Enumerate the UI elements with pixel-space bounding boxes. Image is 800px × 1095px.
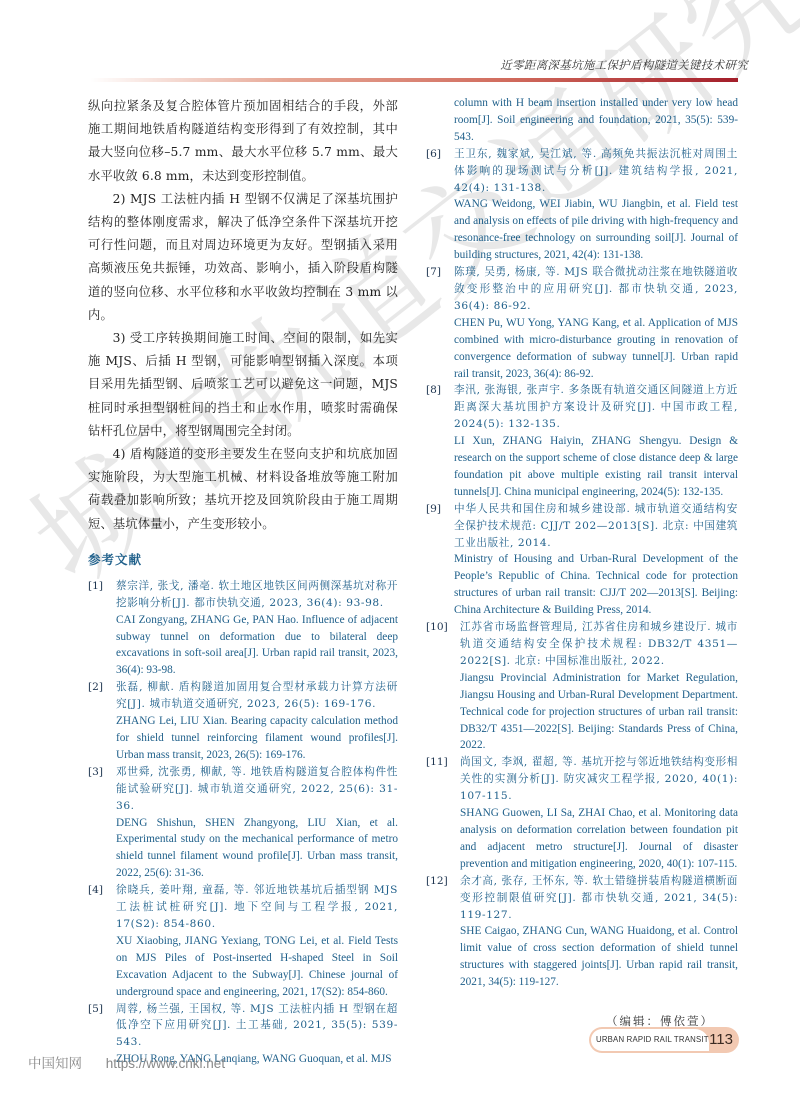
reference-en: CAI Zongyang, ZHANG Ge, PAN Hao. Influen…	[116, 612, 398, 680]
page-number: 113	[709, 1027, 733, 1053]
reference-item: [1] 蔡宗洋, 张戈, 潘亳. 软土地区地铁区间两侧深基坑对称开挖影响分析[J…	[88, 578, 398, 679]
reference-item: [3] 邓世舜, 沈张勇, 柳献, 等. 地铁盾构隧道复合腔体构件性能试验研究[…	[88, 764, 398, 882]
reference-zh: 蔡宗洋, 张戈, 潘亳. 软土地区地铁区间两侧深基坑对称开挖影响分析[J]. 都…	[116, 578, 398, 612]
reference-number: [4]	[88, 882, 103, 899]
references-heading: 参考文献	[88, 550, 398, 568]
reference-en: LI Xun, ZHANG Haiyin, ZHANG Shengyu. Des…	[454, 433, 738, 501]
reference-number: [9]	[426, 501, 441, 518]
reference-zh: 王卫东, 魏家斌, 吴江斌, 等. 高频免共振法沉桩对周围土体影响的现场测试与分…	[454, 146, 738, 197]
cnki-brand: 中国知网	[28, 1056, 82, 1071]
reference-item: [2] 张磊, 柳献. 盾构隧道加固用复合型材承载力计算方法研究[J]. 城市轨…	[88, 679, 398, 764]
body-paragraph: 2) MJS 工法桩内插 H 型钢不仅满足了深基坑围护结构的整体刚度需求，解决了…	[88, 188, 398, 327]
reference-en: ZHANG Lei, LIU Xian. Bearing capacity ca…	[116, 713, 398, 764]
reference-en: Jiangsu Provincial Administration for Ma…	[460, 670, 738, 755]
reference-item-continued: column with H beam insertion installed u…	[426, 95, 738, 146]
reference-en: CHEN Pu, WU Yong, YANG Kang, et al. Appl…	[454, 315, 738, 383]
reference-number: [12]	[426, 873, 448, 890]
reference-en: column with H beam insertion installed u…	[454, 95, 738, 146]
body-paragraph: 3) 受工序转换期间施工时间、空间的限制，如先实施 MJS、后插 H 型钢，可能…	[88, 327, 398, 443]
reference-item: [8] 李汛, 张海银, 张声宇. 多条既有轨道交通区间隧道上方近距离深大基坑围…	[426, 382, 738, 500]
reference-number: [1]	[88, 578, 103, 595]
reference-en: SHE Caigao, ZHANG Cun, WANG Huaidong, et…	[460, 923, 738, 991]
reference-zh: 李汛, 张海银, 张声宇. 多条既有轨道交通区间隧道上方近距离深大基坑围护方案设…	[454, 382, 738, 433]
reference-item: [6] 王卫东, 魏家斌, 吴江斌, 等. 高频免共振法沉桩对周围土体影响的现场…	[426, 146, 738, 264]
cnki-url-link[interactable]: https://www.cnki.net	[106, 1056, 225, 1071]
reference-zh: 邓世舜, 沈张勇, 柳献, 等. 地铁盾构隧道复合腔体构件性能试验研究[J]. …	[116, 764, 398, 815]
reference-en: WANG Weidong, WEI Jiabin, WU Jiangbin, e…	[454, 196, 738, 264]
reference-zh: 尚国文, 李飒, 翟超, 等. 基坑开挖与邻近地铁结构变形相关性的实测分析[J]…	[460, 754, 738, 805]
page-badge: URBAN RAPID RAIL TRANSIT 113	[589, 1027, 739, 1053]
reference-en: DENG Shishun, SHEN Zhangyong, LIU Xian, …	[116, 815, 398, 883]
reference-zh: 徐晓兵, 姜叶翔, 童磊, 等. 邻近地铁基坑后插型钢 MJS 工法桩试桩研究[…	[116, 882, 398, 933]
reference-item: [10] 江苏省市场监督管理局, 江苏省住房和城乡建设厅. 城市轨道交通结构安全…	[426, 619, 738, 754]
reference-number: [5]	[88, 1001, 103, 1018]
reference-item: [7] 陈璞, 吴勇, 杨康, 等. MJS 联合微扰动注浆在地铁隧道收敛变形整…	[426, 264, 738, 382]
reference-zh: 张磊, 柳献. 盾构隧道加固用复合型材承载力计算方法研究[J]. 城市轨道交通研…	[116, 679, 398, 713]
right-column: column with H beam insertion installed u…	[426, 95, 738, 1029]
footer-source: 中国知网 https://www.cnki.net	[28, 1052, 225, 1072]
left-column: 纵向拉紧条及复合腔体管片预加固相结合的手段，外部施工期间地铁盾构隧道结构变形得到…	[88, 95, 398, 1068]
reference-item: [4] 徐晓兵, 姜叶翔, 童磊, 等. 邻近地铁基坑后插型钢 MJS 工法桩试…	[88, 882, 398, 1000]
reference-number: [10]	[426, 619, 448, 636]
reference-number: [2]	[88, 679, 103, 696]
journal-name: URBAN RAPID RAIL TRANSIT	[591, 1029, 709, 1051]
reference-zh: 陈璞, 吴勇, 杨康, 等. MJS 联合微扰动注浆在地铁隧道收敛变形整治中的应…	[454, 264, 738, 315]
reference-zh: 余才高, 张存, 王怀东, 等. 软土错缝拼装盾构隧道横断面变形控制限值研究[J…	[460, 873, 738, 924]
reference-item: [12] 余才高, 张存, 王怀东, 等. 软土错缝拼装盾构隧道横断面变形控制限…	[426, 873, 738, 991]
reference-number: [7]	[426, 264, 441, 281]
reference-number: [8]	[426, 382, 441, 399]
reference-en: XU Xiaobing, JIANG Yexiang, TONG Lei, et…	[116, 933, 398, 1001]
body-paragraph: 4) 盾构隧道的变形主要发生在竖向支护和坑底加固实施阶段，为大型施工机械、材料设…	[88, 443, 398, 536]
reference-number: [3]	[88, 764, 103, 781]
reference-en: Ministry of Housing and Urban-Rural Deve…	[454, 551, 738, 619]
reference-item: [11] 尚国文, 李飒, 翟超, 等. 基坑开挖与邻近地铁结构变形相关性的实测…	[426, 754, 738, 872]
reference-zh: 周蓉, 杨兰强, 王国权, 等. MJS 工法桩内插 H 型钢在超低净空下应用研…	[116, 1001, 398, 1052]
reference-zh: 江苏省市场监督管理局, 江苏省住房和城乡建设厅. 城市轨道交通结构安全保护技术规…	[460, 619, 738, 670]
reference-item: [9] 中华人民共和国住房和城乡建设部. 城市轨道交通结构安全保护技术规范: C…	[426, 501, 738, 619]
reference-number: [6]	[426, 146, 441, 163]
running-title: 近零距离深基坑施工保护盾构隧道关键技术研究	[500, 57, 748, 73]
reference-zh: 中华人民共和国住房和城乡建设部. 城市轨道交通结构安全保护技术规范: CJJ/T…	[454, 501, 738, 552]
reference-en: SHANG Guowen, LI Sa, ZHAI Chao, et al. M…	[460, 805, 738, 873]
body-paragraph: 纵向拉紧条及复合腔体管片预加固相结合的手段，外部施工期间地铁盾构隧道结构变形得到…	[88, 95, 398, 188]
reference-number: [11]	[426, 754, 448, 771]
header-divider-bar	[90, 78, 738, 82]
